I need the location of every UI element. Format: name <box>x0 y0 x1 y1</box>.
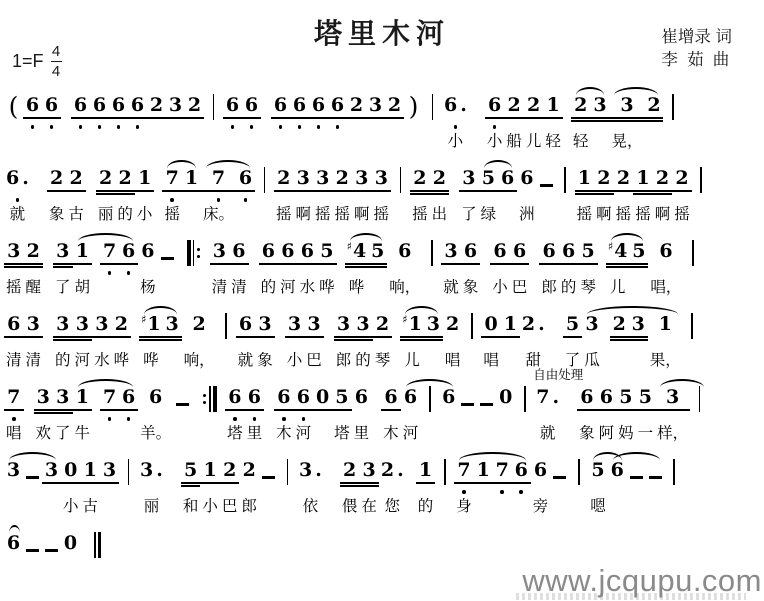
lyric: 里 <box>354 423 370 444</box>
note-token: 3了 <box>461 167 477 225</box>
duration-underline <box>313 190 333 192</box>
duration-underline <box>242 117 261 119</box>
note-token: 2哗 <box>114 313 130 371</box>
note-token: 3在 <box>361 459 377 517</box>
note-token: 3就 <box>443 240 459 298</box>
dash-token <box>648 459 663 520</box>
note-token: 2摇 <box>276 167 292 225</box>
lyric: 羊。 <box>140 423 171 444</box>
note-token: 6.就 <box>6 167 29 225</box>
slur-arc <box>613 452 660 462</box>
note-number: 3 <box>585 313 598 336</box>
note-number: 6 <box>384 386 397 409</box>
note-number: 6 <box>488 94 501 117</box>
note-token: 2偎 <box>342 459 358 517</box>
barline <box>685 240 700 301</box>
note-number: 3 <box>7 240 20 263</box>
rest-token: 0小 <box>63 459 79 517</box>
note-token: 1古 <box>83 459 99 517</box>
note-number: 6 <box>26 94 39 117</box>
duration-underline <box>210 263 230 265</box>
duration-underline <box>410 190 430 192</box>
note-number: 3 <box>56 313 69 336</box>
note-token: 1胡 <box>75 240 91 298</box>
slur-arc <box>144 306 177 316</box>
duration-underline <box>424 336 443 338</box>
note-number: 6 <box>149 386 162 409</box>
note-number: 3 <box>316 167 329 190</box>
note-token: ♯4哗 <box>347 240 367 298</box>
note-token: 6木 <box>383 386 399 444</box>
note-token: 1牛 <box>75 386 91 444</box>
note-token: 2郎 <box>241 459 257 517</box>
note-number: 6 <box>442 386 455 409</box>
note-token: 7唱 <box>6 386 22 444</box>
lyric: 木 <box>276 423 292 444</box>
lyric: 阿 <box>599 423 615 444</box>
note-number: 2 <box>675 167 688 190</box>
duration-underline <box>66 190 86 192</box>
barline <box>692 386 707 447</box>
duration-underline <box>53 409 73 411</box>
dash-token <box>261 459 276 520</box>
note-token: 5和 <box>183 459 199 517</box>
duration-underline <box>96 190 116 192</box>
note-number: 6 <box>262 240 275 263</box>
note-number: 3 <box>166 313 179 336</box>
note-number: 6 <box>513 240 526 263</box>
note-number: 5 <box>320 240 333 263</box>
duration-underline <box>135 190 155 192</box>
note-number: 2 <box>617 167 630 190</box>
note-number: 3 <box>307 313 320 336</box>
duration-underline <box>328 117 347 119</box>
duration-underline <box>128 117 147 119</box>
note-token: 6塔 <box>227 386 243 444</box>
paren-token: ( <box>6 94 21 152</box>
duration-underline <box>304 336 324 338</box>
duration-underline <box>119 263 138 265</box>
lyric: 哗 <box>319 277 335 298</box>
note-number: 6 <box>122 240 135 263</box>
barline <box>393 167 408 228</box>
duration-underline <box>609 120 644 122</box>
barline <box>665 94 680 155</box>
note-number: 5 <box>482 167 495 190</box>
low-octave-dot <box>108 417 112 421</box>
lyric: 妈 <box>618 423 634 444</box>
note-number: 6 <box>611 459 624 482</box>
augmentation-dot: . <box>22 167 29 190</box>
note-number: 6. <box>6 167 29 190</box>
note-number: 0 <box>316 386 329 409</box>
lyric: 胡 <box>75 277 91 298</box>
duration-underline <box>629 339 648 341</box>
duration-underline <box>655 409 690 411</box>
note-token: 6的 <box>561 240 577 298</box>
note-token: 3水 <box>94 313 110 371</box>
note-number: 1 <box>419 459 432 482</box>
lyric: 的 <box>355 350 371 371</box>
key-label: 1=F <box>12 51 44 72</box>
note-number: 6 <box>520 167 533 190</box>
duration-underline <box>633 190 653 192</box>
note-token: 3的 <box>55 313 71 371</box>
duration-underline <box>563 336 583 338</box>
note-number: 3 <box>444 240 457 263</box>
note-number: 3 <box>45 459 58 482</box>
note-token: 5绿 <box>481 167 497 225</box>
slur-arc <box>459 452 526 462</box>
barline <box>517 386 532 447</box>
paren-token: ) <box>406 94 421 152</box>
note-token: 6 <box>500 167 515 225</box>
duration-underline <box>416 482 436 484</box>
lyric: 您 <box>385 496 401 517</box>
note-number: 5 <box>632 240 645 263</box>
note-token: 3 <box>102 459 117 517</box>
note-number: 0 <box>64 459 77 482</box>
duration-underline <box>139 339 163 341</box>
note-number: 2 <box>150 94 163 117</box>
note-token: 6 <box>273 94 288 152</box>
note-token: 6 <box>441 386 456 444</box>
note-number: 2 <box>647 94 660 117</box>
duration-underline <box>606 263 630 265</box>
low-octave-dot <box>493 125 497 129</box>
duration-underline <box>73 339 93 341</box>
score-line: 330小1古33.丽5和1小2巴2郎3.依2偎3在2.您1的7身1766旁5嗯6 <box>0 459 764 520</box>
note-token: 3 <box>6 459 21 517</box>
note-token: 2摇 <box>412 167 428 225</box>
note-token: 7摇 <box>164 167 180 225</box>
note-number: 2 <box>27 240 40 263</box>
duration-underline <box>96 193 116 195</box>
duration-underline <box>274 190 294 192</box>
note-token: 7 <box>102 386 117 444</box>
sustain-dash <box>26 476 39 479</box>
duration-underline <box>4 263 24 265</box>
lyric: 的 <box>418 496 434 517</box>
duration-underline <box>372 190 392 192</box>
score-line: (666666232666666232)6.小6小2船2儿1轻2轻33晃，2 <box>0 94 764 155</box>
lyric: 摇 <box>315 204 331 225</box>
lyric: 就 <box>10 204 26 225</box>
low-octave-dot <box>253 417 257 421</box>
note-token: 6象 <box>579 386 595 444</box>
slur-arc <box>350 233 383 243</box>
duration-underline <box>571 120 591 122</box>
note-number: 3 <box>7 459 20 482</box>
note-token: 6洲 <box>519 167 535 225</box>
duration-underline <box>510 263 530 265</box>
note-number: 6 <box>74 94 87 117</box>
note-token: 2儿 <box>526 94 542 152</box>
slur-arc <box>78 233 134 243</box>
dash-token <box>175 386 190 447</box>
lyric: 小 <box>492 277 508 298</box>
lyric: 就 <box>443 277 459 298</box>
lyric: 床。 <box>203 204 234 225</box>
duration-underline <box>92 336 112 338</box>
note-number: 2 <box>50 167 63 190</box>
duration-underline <box>162 190 182 192</box>
note-token: 6杨 <box>140 240 156 298</box>
note-number: 6 <box>301 240 314 263</box>
duration-underline <box>24 266 44 268</box>
low-octave-dot <box>250 125 254 129</box>
note-token: 2摇 <box>335 167 351 225</box>
note-number: 3 <box>258 313 271 336</box>
note-number: 6 <box>93 94 106 117</box>
note-token: 2巴 <box>222 459 238 517</box>
note-number: 6 <box>122 386 135 409</box>
lyric: 木 <box>383 423 399 444</box>
note-token: 6清 <box>231 240 247 298</box>
note-token: 1 <box>503 313 518 371</box>
note-token: 3 <box>426 313 441 371</box>
duration-underline <box>539 263 559 265</box>
note-token: 6就 <box>238 313 254 371</box>
low-octave-dot <box>217 198 221 202</box>
note-token: 2 <box>612 313 627 371</box>
note-number: 6 <box>580 386 593 409</box>
note-number: 2 <box>376 313 389 336</box>
note-token: 6 <box>225 94 240 152</box>
note-number: 2 <box>656 167 669 190</box>
dash-token <box>44 532 59 593</box>
lyric: 啊 <box>295 204 311 225</box>
note-token: 3小 <box>287 313 303 371</box>
duration-underline <box>236 190 255 192</box>
time-signature: 4 4 <box>51 44 62 79</box>
lyric: 清 <box>26 350 42 371</box>
lyric: 河 <box>296 423 312 444</box>
lyric: 琴 <box>580 277 596 298</box>
duration-underline <box>42 117 61 119</box>
duration-underline <box>485 117 505 119</box>
note-number: 6 <box>542 240 555 263</box>
credits: 崔增录 词 李 茹 曲 <box>661 26 732 72</box>
lyric: 醒 <box>26 277 42 298</box>
lyric: 的 <box>55 350 71 371</box>
note-number: 5 <box>566 313 579 336</box>
dash-token <box>539 167 554 228</box>
note-number: 6 <box>7 532 20 555</box>
duration-underline <box>334 336 354 338</box>
lyric: 清 <box>6 350 22 371</box>
note-number: 3. <box>299 459 322 482</box>
duration-underline <box>182 190 201 192</box>
note-token: 5塔 <box>334 386 350 444</box>
slur-arc <box>9 525 20 535</box>
low-octave-dot <box>108 271 112 275</box>
duration-underline <box>163 336 182 338</box>
duration-underline <box>597 409 617 411</box>
duration-underline <box>225 409 245 411</box>
slur-arc <box>9 452 56 462</box>
note-token: 2醒 <box>26 240 42 298</box>
note-number: 6 <box>274 94 287 117</box>
lyric: 琴 <box>375 350 391 371</box>
note-token: 6河 <box>280 240 296 298</box>
lyric: 摇 <box>276 204 292 225</box>
note-token: 2轻 <box>573 94 589 152</box>
note-number: 1 <box>84 459 97 482</box>
note-token: 6小 <box>487 94 503 152</box>
note-number: 6 <box>131 94 144 117</box>
note-token: 3 <box>168 94 183 152</box>
duration-underline <box>285 336 305 338</box>
note-token: 6 <box>111 94 126 152</box>
note-token: 5了 <box>565 313 581 371</box>
barline <box>424 240 439 301</box>
slur-arc <box>405 306 438 316</box>
note-token: 6水 <box>300 240 316 298</box>
note-token: 6唱， <box>650 240 681 298</box>
rest-token: 0 <box>63 532 78 590</box>
duration-underline <box>410 193 430 195</box>
lyric: 牛 <box>75 423 91 444</box>
note-number: 2. <box>522 313 545 336</box>
note-token: 6小 <box>492 240 508 298</box>
note-number: 0 <box>499 386 512 409</box>
lyric: 船 <box>506 131 522 152</box>
note-number: 3 <box>427 313 440 336</box>
low-octave-dot <box>454 125 458 129</box>
lyric: 水 <box>300 277 316 298</box>
barline <box>437 459 452 520</box>
duration-underline <box>290 117 309 119</box>
duration-underline <box>441 263 461 265</box>
note-token: 2出 <box>432 167 448 225</box>
note-token: 6里 <box>247 386 263 444</box>
duration-underline <box>594 193 614 195</box>
duration-underline <box>53 266 73 268</box>
note-number: 6 <box>398 240 411 263</box>
note-number: 2 <box>188 94 201 117</box>
duration-underline <box>543 117 563 119</box>
note-token: 6的 <box>261 240 277 298</box>
note-number: 3 <box>27 313 40 336</box>
duration-underline <box>454 482 474 484</box>
note-number: 6 <box>226 94 239 117</box>
slur-arc <box>167 160 196 170</box>
duration-underline <box>313 409 332 411</box>
lyric: 洲 <box>519 204 535 225</box>
note-number: 7 <box>7 386 20 409</box>
score-line: 3摇2醒3了1胡766杨3清6清6的6河6水5哗♯4哗56响，3就6象6小6巴6… <box>0 240 764 301</box>
low-octave-dot <box>98 125 102 129</box>
lyric: 塔 <box>334 423 350 444</box>
lyric: 啊 <box>354 204 370 225</box>
note-number: 2 <box>193 313 206 336</box>
barline <box>571 459 586 520</box>
augmentation-dot: . <box>397 459 404 482</box>
note-number: 3 <box>337 313 350 336</box>
lyric: 儿 <box>526 131 542 152</box>
score-line: 6清3清3的3河3水2哗♯1哗32响，6就3象3小3巴3郎3的2琴♯1儿32唱0… <box>0 313 764 374</box>
duration-underline <box>644 120 663 122</box>
note-number: 5 <box>581 240 594 263</box>
dash-token <box>479 386 494 447</box>
note-number: 1 <box>204 459 217 482</box>
note-token: ♯1哗 <box>141 313 161 371</box>
sustain-dash <box>649 476 662 479</box>
lyric: 响， <box>389 277 420 298</box>
note-token: 6 <box>6 532 21 590</box>
note-number: 6 <box>293 94 306 117</box>
lyric: 小 <box>287 350 303 371</box>
note-token: 3清 <box>212 240 228 298</box>
lyric: 摇 <box>164 204 180 225</box>
note-number: 2 <box>343 459 356 482</box>
lyric: 摇 <box>616 204 632 225</box>
note-number: 7 <box>166 167 179 190</box>
note-number: 2 <box>99 167 112 190</box>
dash-token <box>629 459 644 520</box>
barline <box>206 94 221 155</box>
duration-underline <box>24 263 44 265</box>
low-octave-dot <box>12 417 16 421</box>
note-number: 3 <box>355 167 368 190</box>
note-token: 2摇 <box>616 167 632 225</box>
key-signature: 1=F 4 4 <box>12 44 62 79</box>
note-token: 2 <box>349 94 364 152</box>
lyric: 丽 <box>98 204 114 225</box>
low-octave-dot <box>136 125 140 129</box>
note-number: 2 <box>597 167 610 190</box>
note-number: 7 <box>103 240 116 263</box>
note-token: 2 <box>149 94 164 152</box>
note-number: 1 <box>659 313 672 336</box>
lyric: 河 <box>403 423 419 444</box>
duration-underline <box>504 117 524 119</box>
note-token: 7 <box>102 240 117 298</box>
note-token: 3 <box>592 94 607 152</box>
duration-underline <box>109 117 128 119</box>
note-token: 6 <box>292 94 307 152</box>
note-token: 6郎 <box>541 240 557 298</box>
note-number: 5 <box>335 386 348 409</box>
duration-underline <box>368 263 387 265</box>
duration-underline <box>524 117 544 119</box>
note-token: 3巴 <box>306 313 322 371</box>
note-token: 3啊 <box>295 167 311 225</box>
duration-underline <box>73 409 93 411</box>
note-number: ( <box>9 94 19 117</box>
note-token: 6 <box>238 167 253 225</box>
duration-underline <box>590 120 609 122</box>
repeat-close-barline <box>202 386 217 447</box>
note-token: 7 <box>495 459 510 517</box>
low-octave-dot <box>500 490 504 494</box>
note-token: 6 <box>311 94 326 152</box>
duration-underline <box>333 190 353 192</box>
note-number: 6 <box>248 386 261 409</box>
slur-arc <box>660 379 704 389</box>
note-number: 3 <box>103 459 116 482</box>
lyric: 古 <box>68 204 84 225</box>
duration-underline <box>359 482 379 484</box>
note-token: 2 <box>646 94 661 152</box>
page-title: 塔里木河 <box>0 12 764 52</box>
note-number: 5 <box>619 386 632 409</box>
duration-underline <box>629 266 648 268</box>
low-octave-dot <box>519 490 523 494</box>
note-number: 6 <box>281 240 294 263</box>
duration-underline <box>274 409 294 411</box>
